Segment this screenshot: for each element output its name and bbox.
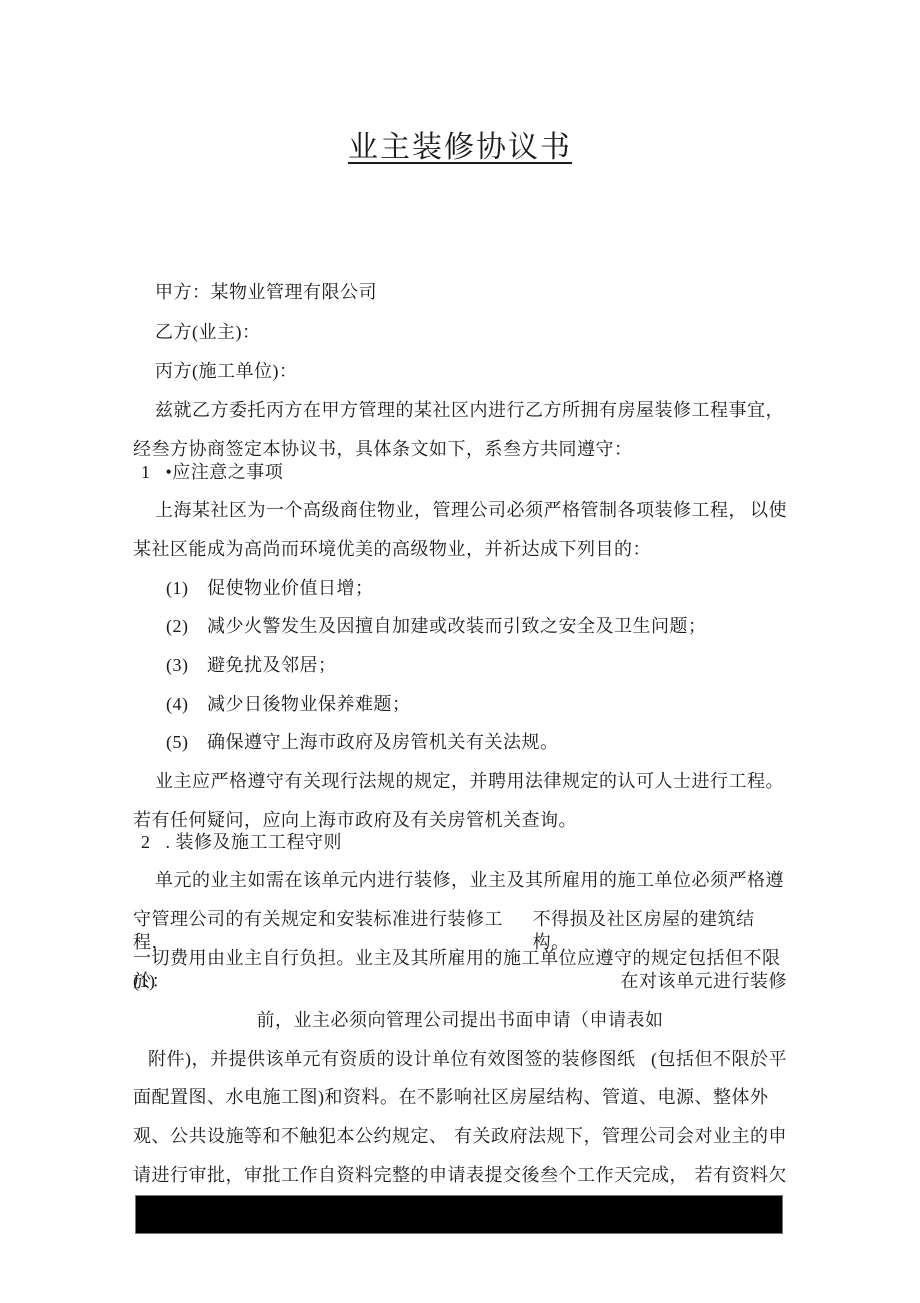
party-c-line: 丙方(施工单位)： [133,360,787,383]
clause-1-line-5-right: 有关政府法规下，管理公司会对业主的申 [454,1125,787,1148]
section-2-intro-line-1: 单元的业主如需在该单元内进行装修，业主及其所雇用的施工单位必须严格遵 [133,869,787,892]
objective-item-3: (3) 避免扰及邻居； [133,654,787,677]
document-title-text: 业主装修协议书 [348,131,572,164]
objective-item-5: (5) 确保遵守上海市政府及房管机关有关法规。 [133,731,787,754]
section-1-heading: 1 •应注意之事项 [133,461,787,484]
preamble-line-1: 兹就乙方委托丙方在甲方管理的某社区内进行乙方所拥有房屋装修工程事宜， [133,399,787,422]
clause-1-line-6-right: 若有资料欠 [695,1164,788,1187]
clause-1-line-5-left: 观、公共设施等和不触犯本公约规定、 [133,1125,448,1148]
clause-1-line-1-right: 在对该单元进行装修 [621,970,788,993]
section-1-intro-line-1-right: 以使 [750,499,787,522]
clause-1-row: (1) 在对该单元进行装修 [133,970,787,993]
clause-1-line-5: 观、公共设施等和不触犯本公约规定、 有关政府法规下，管理公司会对业主的申 [133,1125,787,1148]
party-a-line: 甲方：某物业管理有限公司 [133,281,787,304]
document-page: 业主装修协议书 甲方：某物业管理有限公司 乙方(业主)： 丙方(施工单位)： 兹… [0,0,920,1303]
clause-1-number: (1) [133,970,156,993]
compliance-line-1: 业主应严格遵守有关现行法规的规定，并聘用法律规定的认可人士进行工程。 [133,770,787,793]
party-b-line: 乙方(业主)： [133,321,787,344]
clause-1-line-6: 请进行审批，审批工作自资料完整的申请表提交後叁个工作天完成， 若有资料欠 [133,1164,787,1187]
clause-1-line-3-left: 附件)，并提供该单元有资质的设计单位有效图签的装修图纸 [148,1048,636,1071]
clause-1-line-4: 面配置图、水电施工图)和资料。在不影响社区房屋结构、管道、电源、整体外 [133,1086,787,1109]
section-1-intro-line-1: 上海某社区为一个高级商住物业，管理公司必须严格管制各项装修工程， 以使 [133,499,787,522]
objective-item-2: (2) 减少火警发生及因擅自加建或改装而引致之安全及卫生问题； [133,615,787,638]
document-title: 业主装修协议书 [0,122,920,166]
section-1-intro-line-2: 某社区能成为高尚而环境优美的高级物业，并祈达成下列目的： [133,538,787,561]
redaction-bar [136,1196,782,1233]
preamble-line-2: 经叁方协商签定本协议书，具体条文如下，系叁方共同遵守： [133,438,787,461]
objective-item-4: (4) 减少日後物业保养难题； [133,693,787,716]
section-1-intro-line-1-left: 上海某社区为一个高级商住物业，管理公司必须严格管制各项装修工程， [155,499,747,522]
section-2-heading: 2 . 装修及施工工程守则 [133,831,787,854]
clause-1-line-3: 附件)，并提供该单元有资质的设计单位有效图签的装修图纸 (包括但不限於平 [133,1048,787,1071]
clause-1-line-2: 前，业主必须向管理公司提出书面申请（申请表如 [133,1009,787,1032]
clause-1-line-3-right: (包括但不限於平 [651,1048,787,1071]
clause-1-line-6-left: 请进行审批，审批工作自资料完整的申请表提交後叁个工作天完成， [133,1164,688,1187]
compliance-line-2: 若有任何疑问，应向上海市政府及有关房管机关查询。 [133,809,787,832]
objective-item-1: (1) 促使物业价值日增； [133,577,787,600]
